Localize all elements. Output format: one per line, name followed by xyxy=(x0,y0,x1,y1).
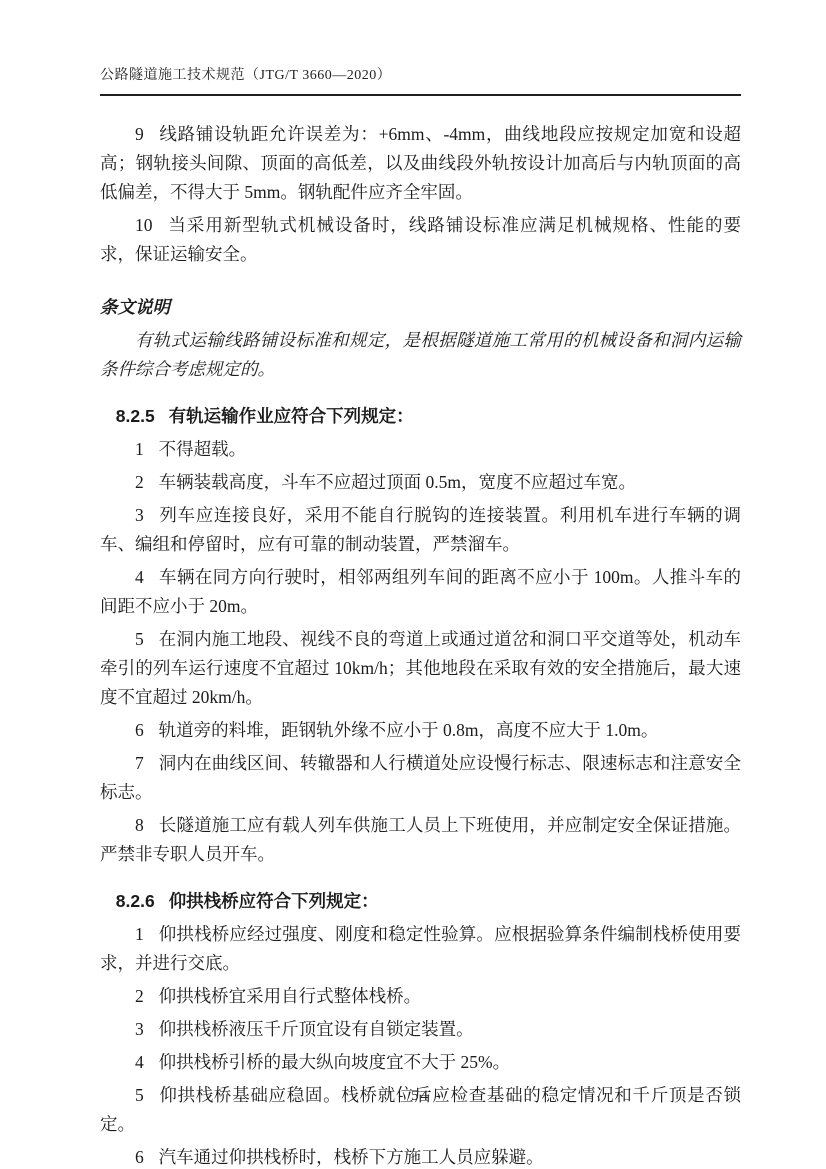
clause-825-item-5: 5在洞内施工地段、视线不良的弯道上或通过道岔和洞口平交道等处，机动车牵引的列车运… xyxy=(100,625,741,712)
item-text: 仰拱栈桥液压千斤顶宜设有自锁定装置。 xyxy=(159,1019,474,1039)
item-text: 仰拱栈桥应经过强度、刚度和稳定性验算。应根据验算条件编制栈桥使用要求，并进行交底… xyxy=(100,924,741,973)
page-footer: - 54 - xyxy=(100,1088,741,1105)
clause-title: 有轨运输作业应符合下列规定： xyxy=(169,406,414,426)
section-gap xyxy=(100,269,741,277)
clause-826-item-4: 4仰拱栈桥引桥的最大纵向坡度宜不大于 25%。 xyxy=(100,1048,741,1077)
item-number: 9 xyxy=(135,124,144,144)
clause-826-heading: 8.2.6仰拱栈桥应符合下列规定： xyxy=(100,886,741,916)
item-text: 车辆装载高度，斗车不应超过顶面 0.5m，宽度不应超过车宽。 xyxy=(159,472,636,492)
item-text: 长隧道施工应有载人列车供施工人员上下班使用，并应制定安全保证措施。严禁非专职人员… xyxy=(100,815,741,864)
clause-826-item-6: 6汽车通过仰拱栈桥时，栈桥下方施工人员应躲避。 xyxy=(100,1143,741,1169)
clause-825-item-2: 2车辆装载高度，斗车不应超过顶面 0.5m，宽度不应超过车宽。 xyxy=(100,468,741,497)
item-number: 10 xyxy=(135,215,153,235)
clause-824-item-9: 9线路铺设轨距允许误差为：+6mm、-4mm，曲线地段应按规定加宽和设超高；钢轨… xyxy=(100,120,741,207)
item-number: 4 xyxy=(135,1052,144,1072)
item-text: 洞内在曲线区间、转辙器和人行横道处应设慢行标志、限速标志和注意安全标志。 xyxy=(100,753,741,802)
item-number: 3 xyxy=(135,505,144,525)
item-text: 仰拱栈桥引桥的最大纵向坡度宜不大于 25%。 xyxy=(159,1052,510,1072)
notes-body-text: 有轨式运输线路铺设标准和规定，是根据隧道施工常用的机械设备和洞内运输条件综合考虑… xyxy=(100,326,741,384)
item-text: 不得超载。 xyxy=(159,439,247,459)
item-number: 2 xyxy=(135,986,144,1006)
clause-825-heading: 8.2.5有轨运输作业应符合下列规定： xyxy=(100,401,741,431)
item-text: 当采用新型轨式机械设备时，线路铺设标准应满足机械规格、性能的要求，保证运输安全。 xyxy=(100,215,741,264)
item-number: 1 xyxy=(135,439,144,459)
clause-number: 8.2.6 xyxy=(116,891,155,911)
item-number: 8 xyxy=(135,815,144,835)
page-number: - 54 - xyxy=(398,1088,443,1104)
item-number: 6 xyxy=(135,720,144,740)
item-text: 轨道旁的料堆，距钢轨外缘不应小于 0.8m，高度不应大于 1.0m。 xyxy=(159,720,659,740)
clause-825-item-3: 3列车应连接良好，采用不能自行脱钩的连接装置。利用机车进行车辆的调车、编组和停留… xyxy=(100,501,741,559)
item-number: 2 xyxy=(135,472,144,492)
clause-825-item-7: 7洞内在曲线区间、转辙器和人行横道处应设慢行标志、限速标志和注意安全标志。 xyxy=(100,749,741,807)
clause-826-item-3: 3仰拱栈桥液压千斤顶宜设有自锁定装置。 xyxy=(100,1015,741,1044)
item-number: 6 xyxy=(135,1147,144,1167)
item-number: 7 xyxy=(135,753,144,773)
clause-826-item-1: 1仰拱栈桥应经过强度、刚度和稳定性验算。应根据验算条件编制栈桥使用要求，并进行交… xyxy=(100,920,741,978)
item-text: 仰拱栈桥宜采用自行式整体栈桥。 xyxy=(159,986,422,1006)
item-number: 3 xyxy=(135,1019,144,1039)
clause-825-item-6: 6轨道旁的料堆，距钢轨外缘不应小于 0.8m，高度不应大于 1.0m。 xyxy=(100,716,741,745)
running-header-title: 公路隧道施工技术规范（JTG/T 3660—2020） xyxy=(100,66,741,96)
clause-number: 8.2.5 xyxy=(116,406,155,426)
clause-824-item-10: 10当采用新型轨式机械设备时，线路铺设标准应满足机械规格、性能的要求，保证运输安… xyxy=(100,211,741,269)
document-page: 公路隧道施工技术规范（JTG/T 3660—2020） 9线路铺设轨距允许误差为… xyxy=(0,0,826,1169)
item-text: 线路铺设轨距允许误差为：+6mm、-4mm，曲线地段应按规定加宽和设超高；钢轨接… xyxy=(100,124,741,202)
item-text: 车辆在同方向行驶时，相邻两组列车间的距离不应小于 100m。人推斗车的间距不应小… xyxy=(100,567,741,616)
item-number: 1 xyxy=(135,924,144,944)
clause-825-item-4: 4车辆在同方向行驶时，相邻两组列车间的距离不应小于 100m。人推斗车的间距不应… xyxy=(100,563,741,621)
item-number: 4 xyxy=(135,567,144,587)
clause-title: 仰拱栈桥应符合下列规定： xyxy=(169,891,379,911)
clause-825-item-1: 1不得超载。 xyxy=(100,435,741,464)
notes-heading: 条文说明 xyxy=(100,293,741,322)
page-header: 公路隧道施工技术规范（JTG/T 3660—2020） xyxy=(100,66,741,96)
clause-825-item-8: 8长隧道施工应有载人列车供施工人员上下班使用，并应制定安全保证措施。严禁非专职人… xyxy=(100,811,741,869)
page-body: 9线路铺设轨距允许误差为：+6mm、-4mm，曲线地段应按规定加宽和设超高；钢轨… xyxy=(100,120,741,1169)
item-number: 5 xyxy=(135,629,144,649)
item-text: 汽车通过仰拱栈桥时，栈桥下方施工人员应躲避。 xyxy=(159,1147,544,1167)
item-text: 在洞内施工地段、视线不良的弯道上或通过道岔和洞口平交道等处，机动车牵引的列车运行… xyxy=(100,629,741,707)
clause-826-item-2: 2仰拱栈桥宜采用自行式整体栈桥。 xyxy=(100,982,741,1011)
item-text: 列车应连接良好，采用不能自行脱钩的连接装置。利用机车进行车辆的调车、编组和停留时… xyxy=(100,505,741,554)
